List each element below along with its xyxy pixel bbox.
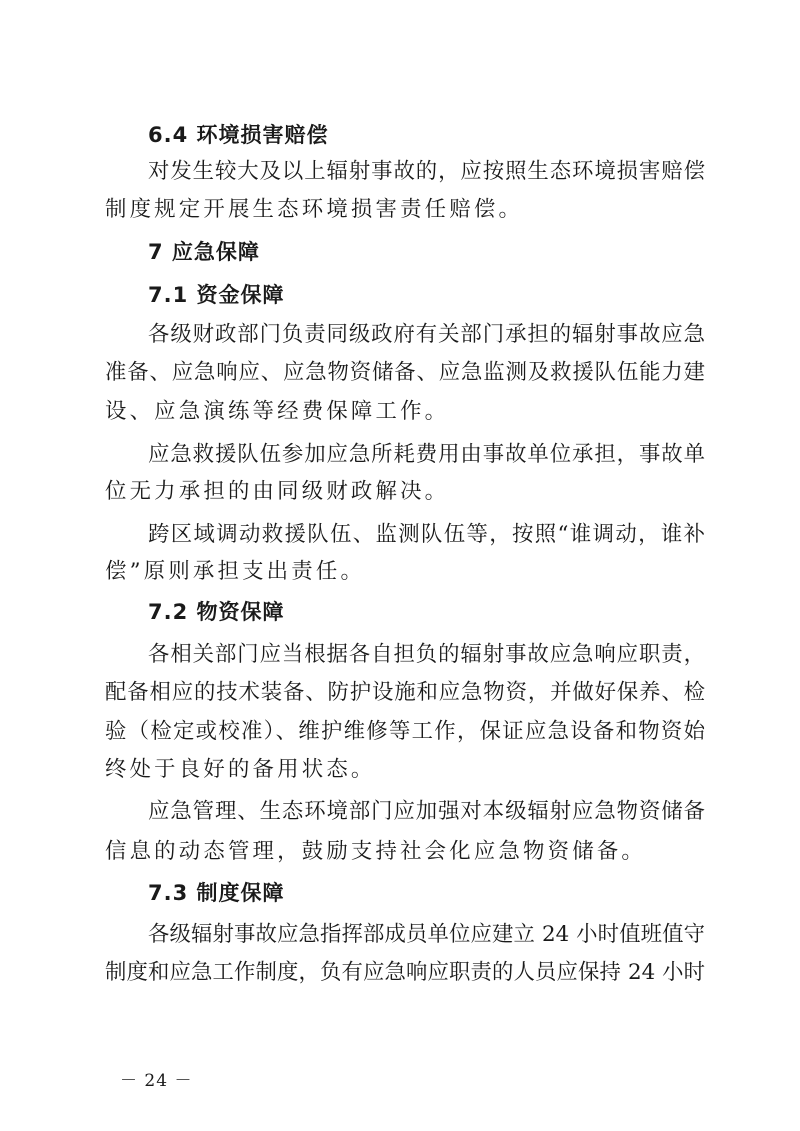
- paragraph-line: 准备、应急响应、应急物资储备、应急监测及救援队伍能力建: [105, 358, 705, 388]
- paragraph-line: 偿”原则承担支出责任。: [105, 557, 705, 587]
- section-heading-6-4: 6.4 环境损害赔偿: [148, 120, 329, 150]
- paragraph-line: 信息的动态管理，鼓励支持社会化应急物资储备。: [105, 837, 705, 867]
- paragraph-line: 终处于良好的备用状态。: [105, 755, 705, 785]
- section-heading-7: 7 应急保障: [148, 237, 260, 267]
- section-heading-7-1: 7.1 资金保障: [148, 280, 285, 310]
- paragraph-line: 配备相应的技术装备、防护设施和应急物资，并做好保养、检: [105, 678, 705, 708]
- section-heading-7-2: 7.2 物资保障: [148, 597, 285, 627]
- paragraph-line: 制度规定开展生态环境损害责任赔偿。: [105, 195, 705, 225]
- paragraph-line: 设、应急演练等经费保障工作。: [105, 397, 705, 427]
- paragraph-line: 各相关部门应当根据各自担负的辐射事故应急响应职责，: [148, 640, 705, 670]
- paragraph-line: 应急救援队伍参加应急所耗费用由事故单位承担，事故单: [148, 440, 705, 470]
- paragraph-line: 各级辐射事故应急指挥部成员单位应建立 24 小时值班值守: [148, 920, 705, 950]
- section-heading-7-3: 7.3 制度保障: [148, 878, 285, 908]
- paragraph-line: 制度和应急工作制度，负有应急响应职责的人员应保持 24 小时: [105, 958, 705, 988]
- paragraph-line: 对发生较大及以上辐射事故的，应按照生态环境损害赔偿: [148, 157, 705, 187]
- paragraph-line: 应急管理、生态环境部门应加强对本级辐射应急物资储备: [148, 797, 705, 827]
- paragraph-line: 验（检定或校准）、维护维修等工作，保证应急设备和物资始: [105, 717, 705, 747]
- paragraph-line: 各级财政部门负责同级政府有关部门承担的辐射事故应急: [148, 320, 705, 350]
- document-page: 6.4 环境损害赔偿 对发生较大及以上辐射事故的，应按照生态环境损害赔偿 制度规…: [0, 0, 800, 1131]
- paragraph-line: 跨区域调动救援队伍、监测队伍等，按照“谁调动，谁补: [148, 520, 705, 550]
- page-number: － 24 －: [120, 1068, 192, 1094]
- paragraph-line: 位无力承担的由同级财政解决。: [105, 477, 705, 507]
